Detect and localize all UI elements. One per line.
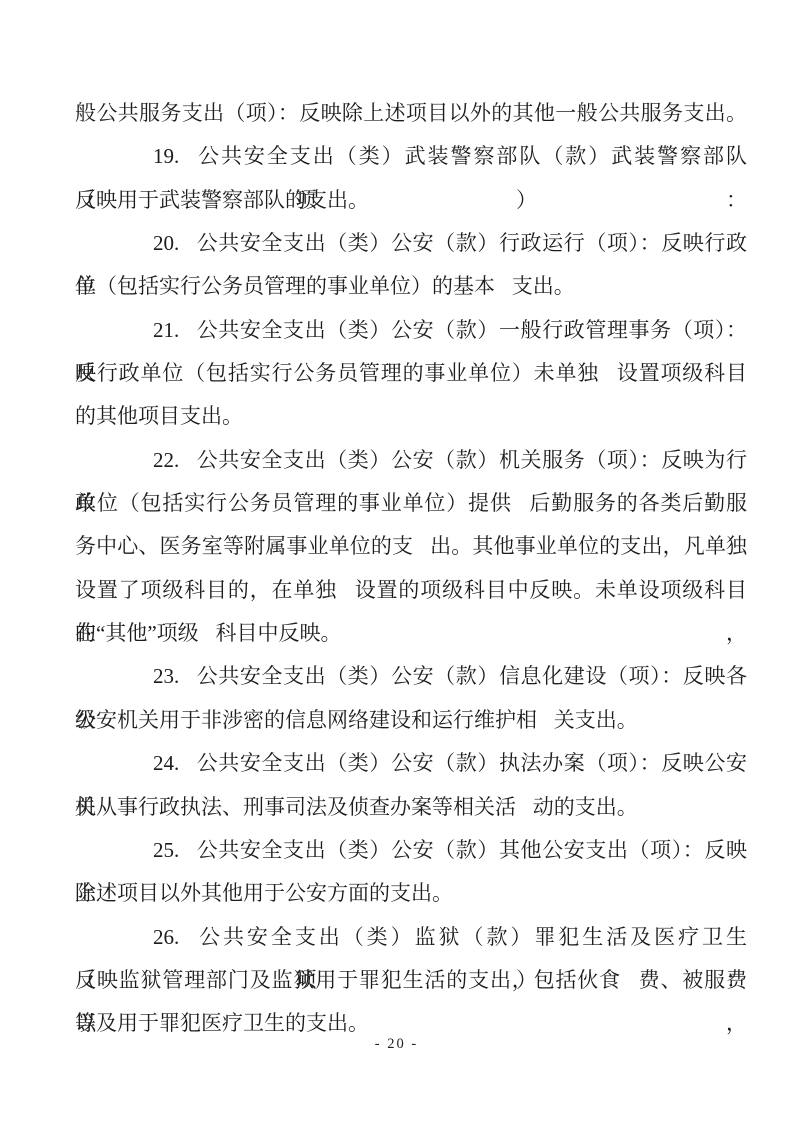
text-line: 21. 公共安全支出（类）公安（款）一般行政管理事务（项）：反 — [75, 309, 747, 352]
text-line: 般公共服务支出（项）：反映除上述项目以外的其他一般公共服务支出。 — [75, 92, 747, 135]
text-line: 24. 公共安全支出（类）公安（款）执法办案（项）：反映公安机 — [75, 742, 747, 785]
text-line: 映行政单位（包括实行公务员管理的事业单位）未单独 设置项级科目 — [75, 352, 747, 395]
text-line: 26. 公共安全支出（类）监狱（款）罪犯生活及医疗卫生（项）： — [75, 916, 747, 959]
text-line: 关从事行政执法、刑事司法及侦查办案等相关活 动的支出。 — [75, 786, 747, 829]
text-line: 23. 公共安全支出（类）公安（款）信息化建设（项）：反映各级 — [75, 655, 747, 698]
document-body: 般公共服务支出（项）：反映除上述项目以外的其他一般公共服务支出。19. 公共安全… — [75, 92, 747, 1046]
document-page: 般公共服务支出（项）：反映除上述项目以外的其他一般公共服务支出。19. 公共安全… — [0, 0, 793, 1122]
page-number: - 20 - — [0, 1036, 793, 1053]
text-line: 务中心、医务室等附属事业单位的支 出。其他事业单位的支出，凡单独 — [75, 525, 747, 568]
text-line: 25. 公共安全支出（类）公安（款）其他公安支出（项）：反映除 — [75, 829, 747, 872]
text-line: 上述项目以外其他用于公安方面的支出。 — [75, 872, 747, 915]
text-line: 设置了项级科目的，在单独 设置的项级科目中反映。未单设项级科目的， — [75, 569, 747, 612]
text-line: 单位（包括实行公务员管理的事业单位）提供 后勤服务的各类后勤服 — [75, 482, 747, 525]
text-line: 位（包括实行公务员管理的事业单位）的基本 支出。 — [75, 265, 747, 308]
text-line: 20. 公共安全支出（类）公安（款）行政运行（项）：反映行政单 — [75, 222, 747, 265]
text-line: 的其他项目支出。 — [75, 395, 747, 438]
text-line: 22. 公共安全支出（类）公安（款）机关服务（项）：反映为行政 — [75, 439, 747, 482]
text-line: 公安机关用于非涉密的信息网络建设和运行维护相 关支出。 — [75, 699, 747, 742]
text-line: 19. 公共安全支出（类）武装警察部队（款）武装警察部队（项）： — [75, 135, 747, 178]
text-line: 反映监狱管理部门及监狱用于罪犯生活的支出，包括伙食 费、被服费等， — [75, 959, 747, 1002]
